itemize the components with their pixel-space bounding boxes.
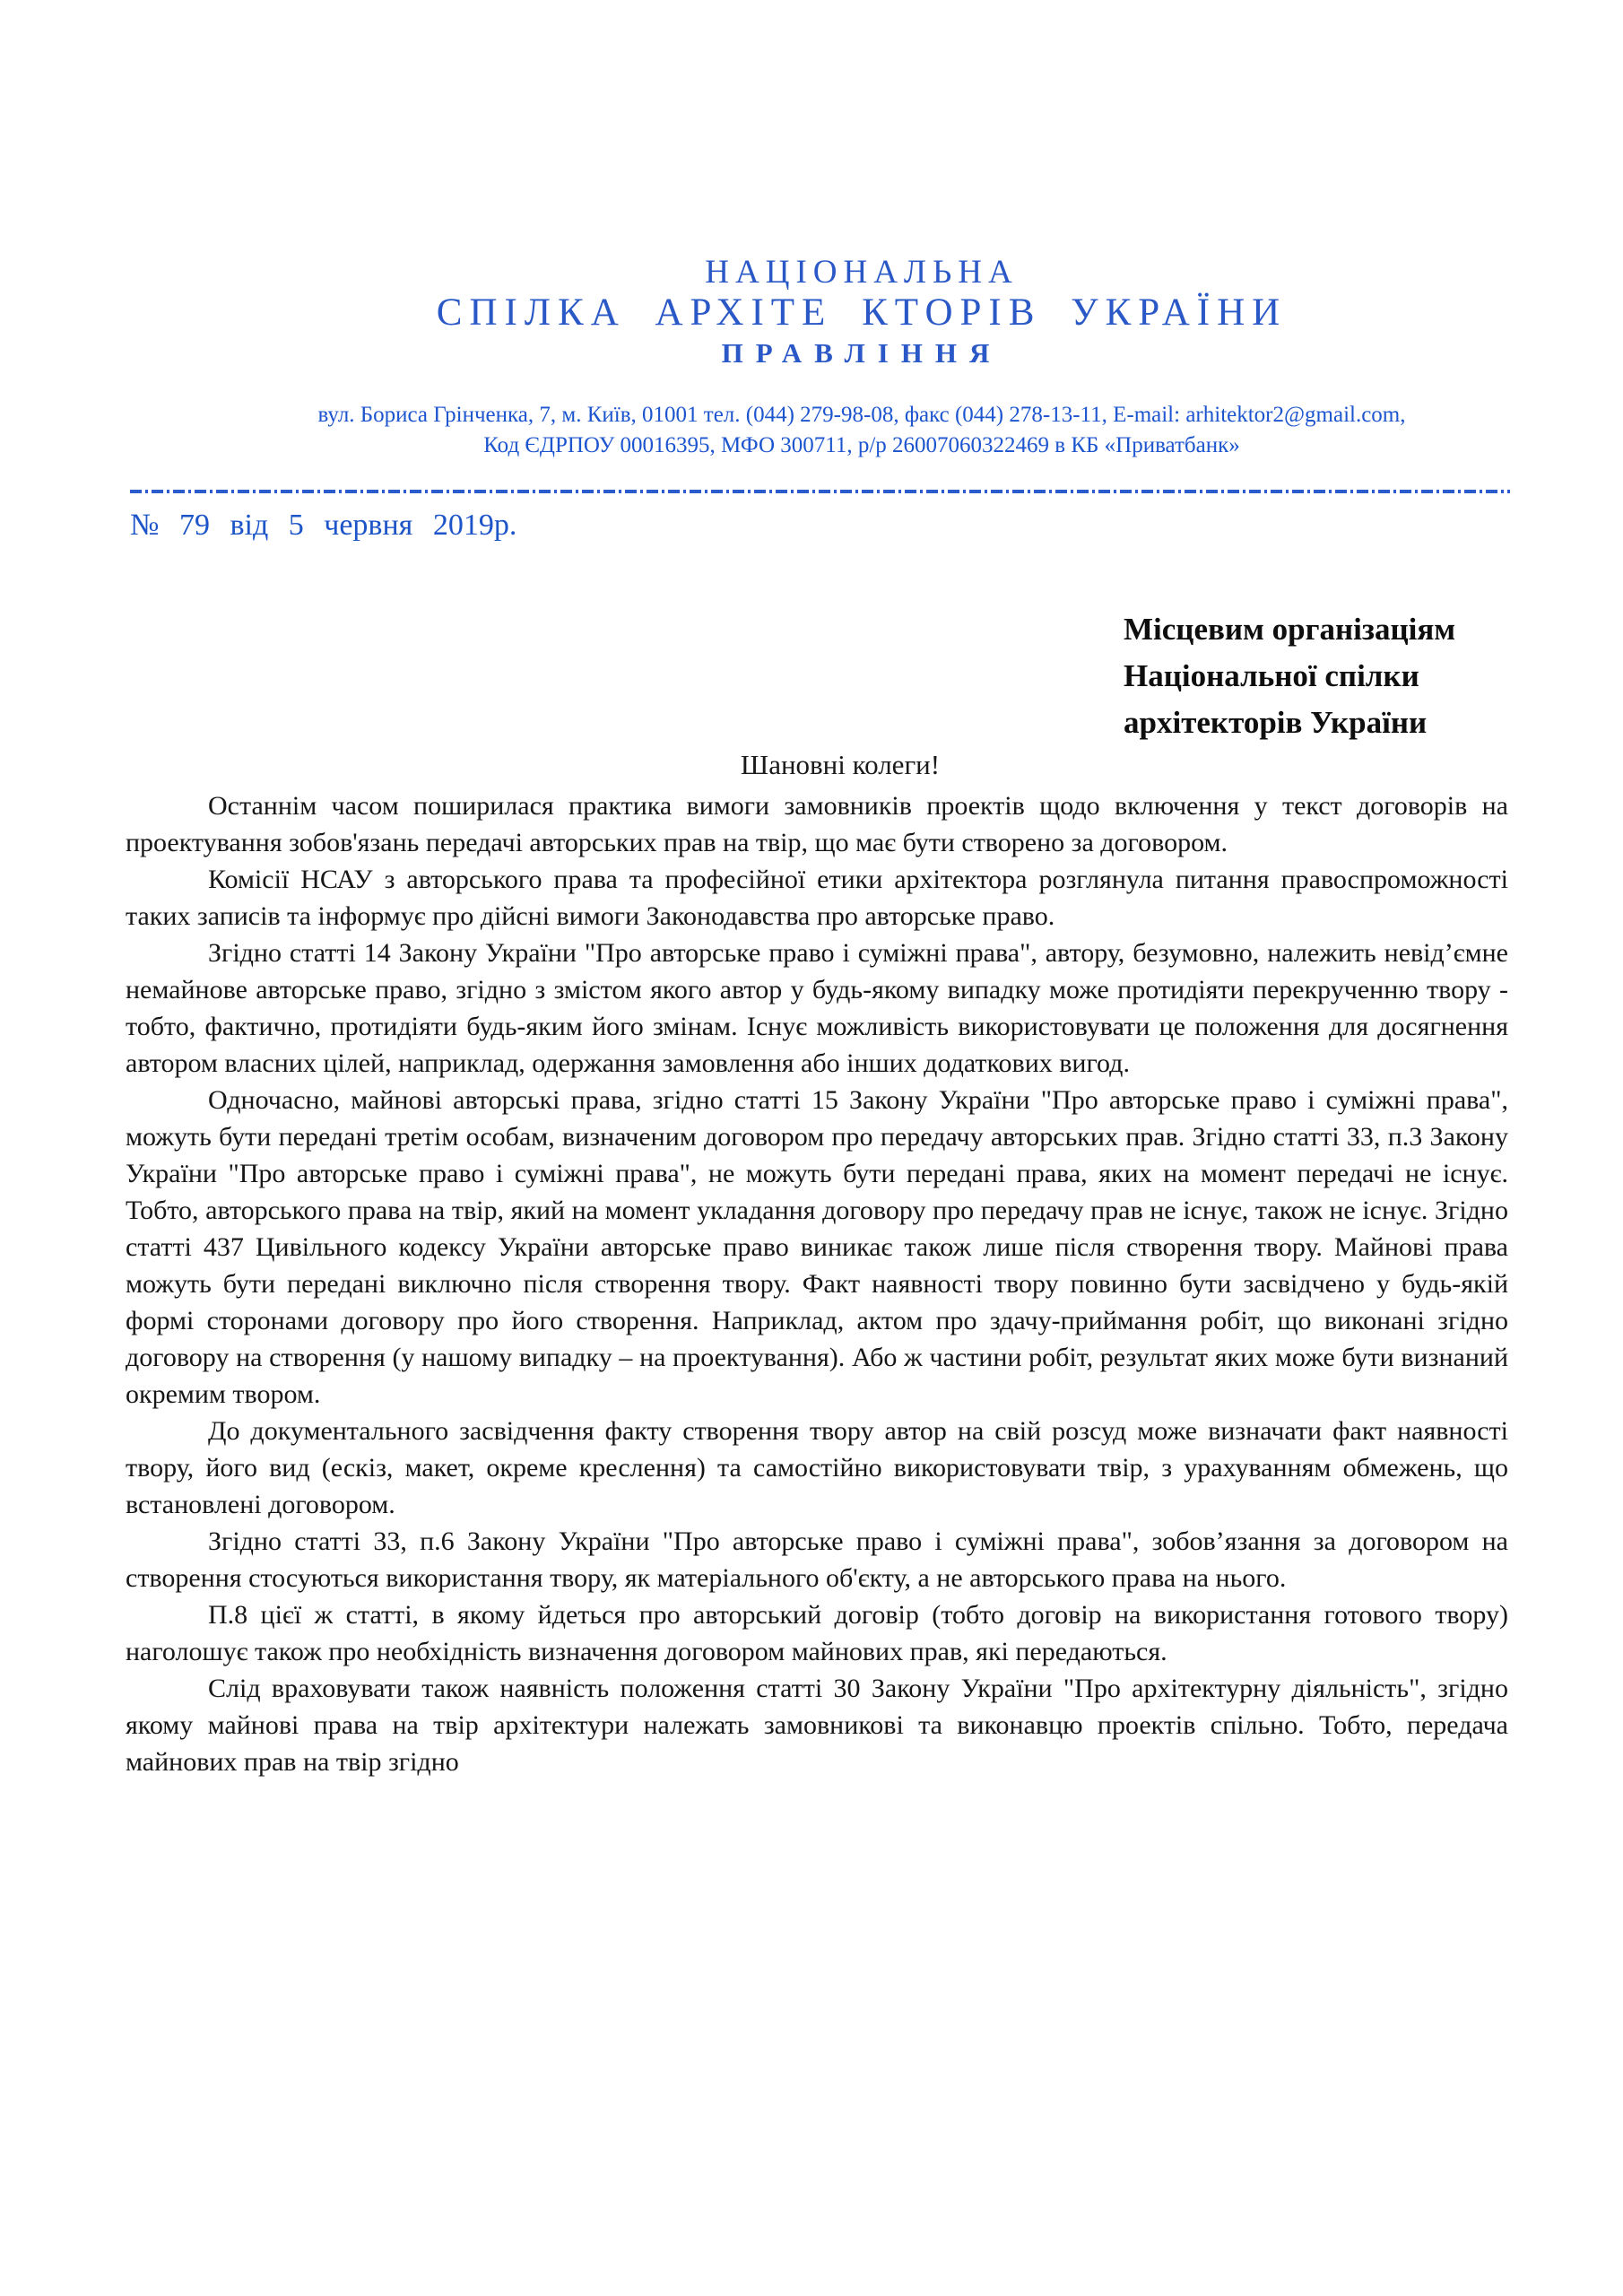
body-paragraph-7: П.8 цієї ж статті, в якому йдеться про а… xyxy=(126,1596,1508,1670)
letter-page: НАЦІОНАЛЬНА СПІЛКА АРХІТЕ КТОРІВ УКРАЇНИ… xyxy=(0,0,1623,2296)
recipient-line-3: архітекторів України xyxy=(1124,700,1487,746)
org-name-line2: СПІЛКА АРХІТЕ КТОРІВ УКРАЇНИ xyxy=(100,292,1623,334)
letter-body: Останнім часом поширилася практика вимог… xyxy=(126,787,1508,1780)
body-paragraph-3: Згідно статті 14 Закону України "Про авт… xyxy=(126,935,1508,1082)
body-paragraph-8: Слід враховувати також наявність положен… xyxy=(126,1670,1508,1780)
body-paragraph-6: Згідно статті 33, п.6 Закону України "Пр… xyxy=(126,1523,1508,1596)
org-division: ПРАВЛІННЯ xyxy=(100,334,1623,373)
contact-address-line: вул. Бориса Грінченка, 7, м. Київ, 01001… xyxy=(100,400,1623,430)
body-paragraph-4: Одночасно, майнові авторські права, згід… xyxy=(126,1082,1508,1413)
contact-bank-line: Код ЄДРПОУ 00016395, МФО 300711, р/р 260… xyxy=(100,430,1623,461)
recipient-line-2: Національної спілки xyxy=(1124,653,1487,700)
letterhead: НАЦІОНАЛЬНА СПІЛКА АРХІТЕ КТОРІВ УКРАЇНИ… xyxy=(0,0,1623,461)
dashed-separator-line xyxy=(130,490,1510,493)
recipient-block: Місцевим організаціям Національної спілк… xyxy=(1124,606,1487,746)
body-paragraph-2: Комісії НСАУ з авторського права та проф… xyxy=(126,861,1508,935)
body-paragraph-1: Останнім часом поширилася практика вимог… xyxy=(126,787,1508,861)
recipient-line-1: Місцевим організаціям xyxy=(1124,606,1487,653)
org-name-line1: НАЦІОНАЛЬНА xyxy=(100,253,1623,292)
salutation: Шановні колеги! xyxy=(29,746,1623,784)
reference-number-line: № 79 від 5 червня 2019р. xyxy=(130,506,1623,545)
body-paragraph-5: До документального засвідчення факту ств… xyxy=(126,1413,1508,1523)
